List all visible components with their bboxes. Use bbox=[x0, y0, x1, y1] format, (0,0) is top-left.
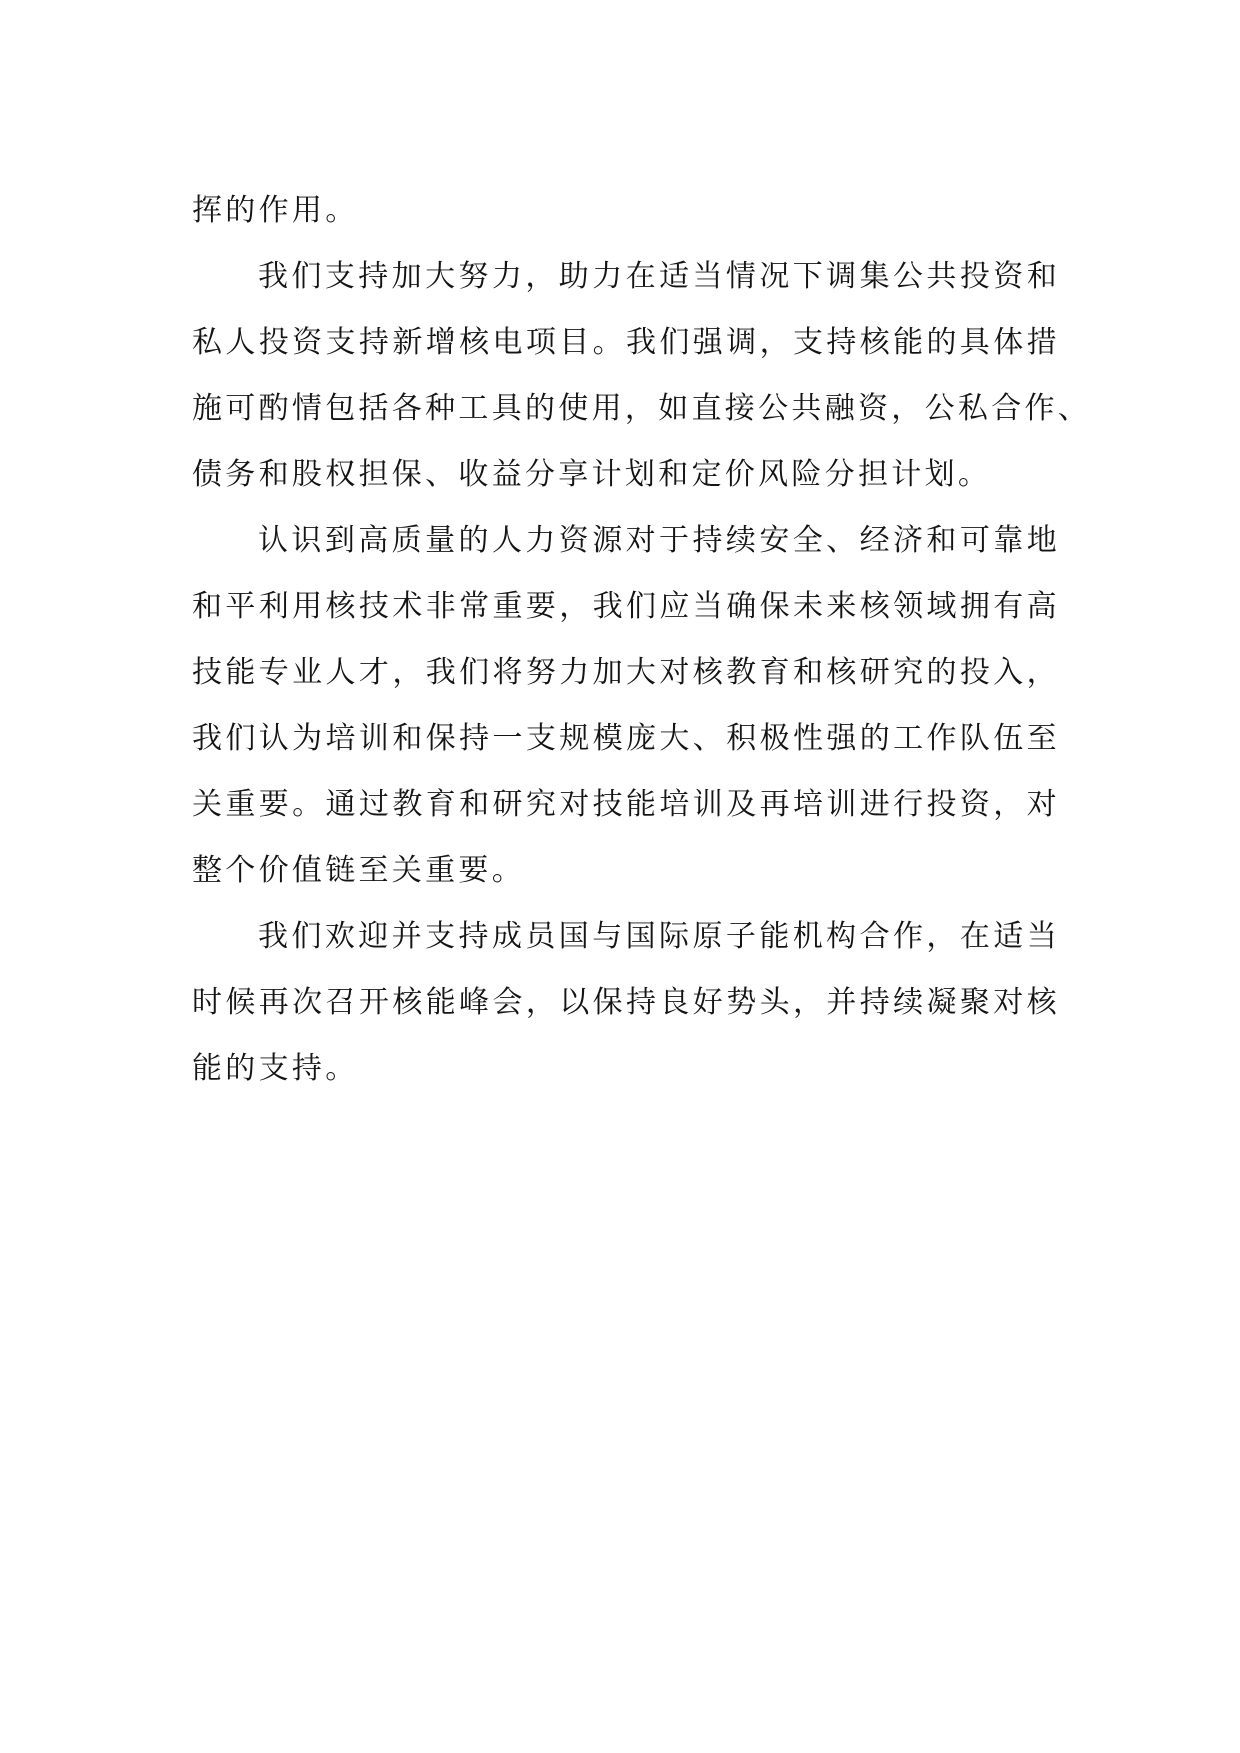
paragraph-iaea-cooperation: 我们欢迎并支持成员国与国际原子能机构合作，在适当 时候再次召开核能峰会，以保持良… bbox=[192, 904, 1060, 1102]
text-line: 技能专业人才，我们将努力加大对核教育和核研究的投入， bbox=[192, 640, 1060, 706]
text-line: 和平利用核技术非常重要，我们应当确保未来核领域拥有高 bbox=[192, 574, 1060, 640]
paragraph-human-resources: 认识到高质量的人力资源对于持续安全、经济和可靠地 和平利用核技术非常重要，我们应… bbox=[192, 508, 1060, 904]
text-line: 债务和股权担保、收益分享计划和定价风险分担计划。 bbox=[192, 442, 1060, 508]
paragraph-continuation: 挥的作用。 bbox=[192, 178, 1060, 244]
text-line: 整个价值链至关重要。 bbox=[192, 838, 1060, 904]
text-line: 我们欢迎并支持成员国与国际原子能机构合作，在适当 bbox=[192, 904, 1060, 970]
text-line: 我们认为培训和保持一支规模庞大、积极性强的工作队伍至 bbox=[192, 706, 1060, 772]
text-line: 挥的作用。 bbox=[192, 178, 1060, 244]
text-line: 时候再次召开核能峰会，以保持良好势头，并持续凝聚对核 bbox=[192, 970, 1060, 1036]
paragraph-investment-support: 我们支持加大努力，助力在适当情况下调集公共投资和 私人投资支持新增核电项目。我们… bbox=[192, 244, 1060, 508]
text-line: 施可酌情包括各种工具的使用，如直接公共融资，公私合作、 bbox=[192, 376, 1060, 442]
text-line: 关重要。通过教育和研究对技能培训及再培训进行投资，对 bbox=[192, 772, 1060, 838]
document-page: 挥的作用。 我们支持加大努力，助力在适当情况下调集公共投资和 私人投资支持新增核… bbox=[192, 178, 1060, 1102]
text-line: 能的支持。 bbox=[192, 1036, 1060, 1102]
text-line: 认识到高质量的人力资源对于持续安全、经济和可靠地 bbox=[192, 508, 1060, 574]
text-line: 我们支持加大努力，助力在适当情况下调集公共投资和 bbox=[192, 244, 1060, 310]
text-line: 私人投资支持新增核电项目。我们强调，支持核能的具体措 bbox=[192, 310, 1060, 376]
